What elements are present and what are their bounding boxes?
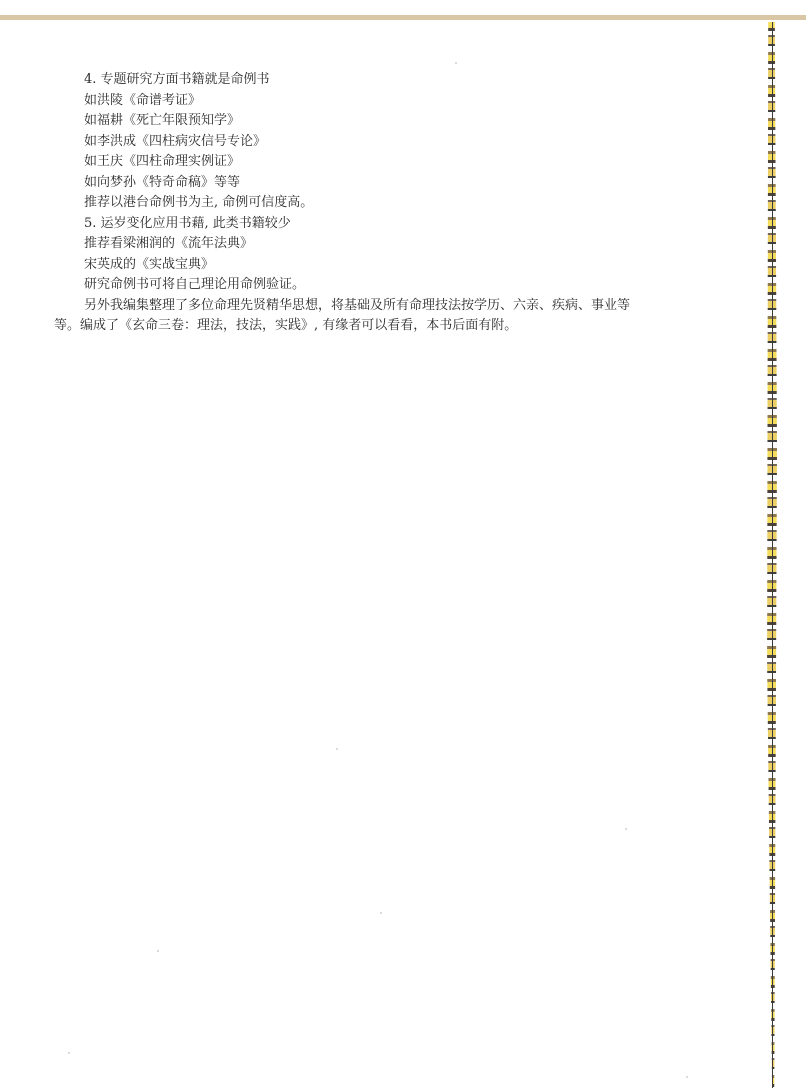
text-line: 如向梦孙《特奇命稿》等等 bbox=[54, 173, 734, 194]
text-line: 宋英成的《实战宝典》 bbox=[54, 255, 734, 276]
text-line: 推荐以港台命例书为主, 命例可信度高。 bbox=[54, 193, 734, 214]
text-line: 研究命例书可将自己理论用命例验证。 bbox=[54, 275, 734, 296]
text-line-heading-5: 5. 运岁变化应用书藉, 此类书籍较少 bbox=[54, 214, 734, 235]
text-line-heading-4: 4. 专题研究方面书籍就是命例书 bbox=[54, 70, 734, 91]
text-line: 如洪陵《命谱考证》 bbox=[54, 91, 734, 112]
document-body: 4. 专题研究方面书籍就是命例书 如洪陵《命谱考证》 如福耕《死亡年限预知学》 … bbox=[54, 70, 734, 337]
text-line: 如李洪成《四柱病灾信号专论》 bbox=[54, 132, 734, 153]
scan-speck bbox=[455, 62, 457, 64]
paragraph-line-continued: 等。编成了《玄命三卷：理法，技法，实践》, 有缘者可以看看，本书后面有附。 bbox=[54, 316, 734, 337]
scan-speck bbox=[336, 748, 338, 750]
page-edge-line bbox=[772, 22, 773, 1088]
top-margin bbox=[0, 0, 806, 16]
scan-speck bbox=[157, 950, 159, 952]
scan-speck bbox=[625, 828, 627, 830]
text-line: 如福耕《死亡年限预知学》 bbox=[54, 111, 734, 132]
text-line: 推荐看梁湘润的《流年法典》 bbox=[54, 234, 734, 255]
paragraph-line: 另外我编集整理了多位命理先贤精华思想，将基础及所有命理技法按学历、六亲、疾病、事… bbox=[54, 296, 734, 317]
text-line: 如王庆《四柱命理实例证》 bbox=[54, 152, 734, 173]
scan-speck bbox=[68, 1052, 70, 1054]
scan-speck bbox=[380, 912, 382, 914]
scan-speck bbox=[686, 1076, 688, 1078]
